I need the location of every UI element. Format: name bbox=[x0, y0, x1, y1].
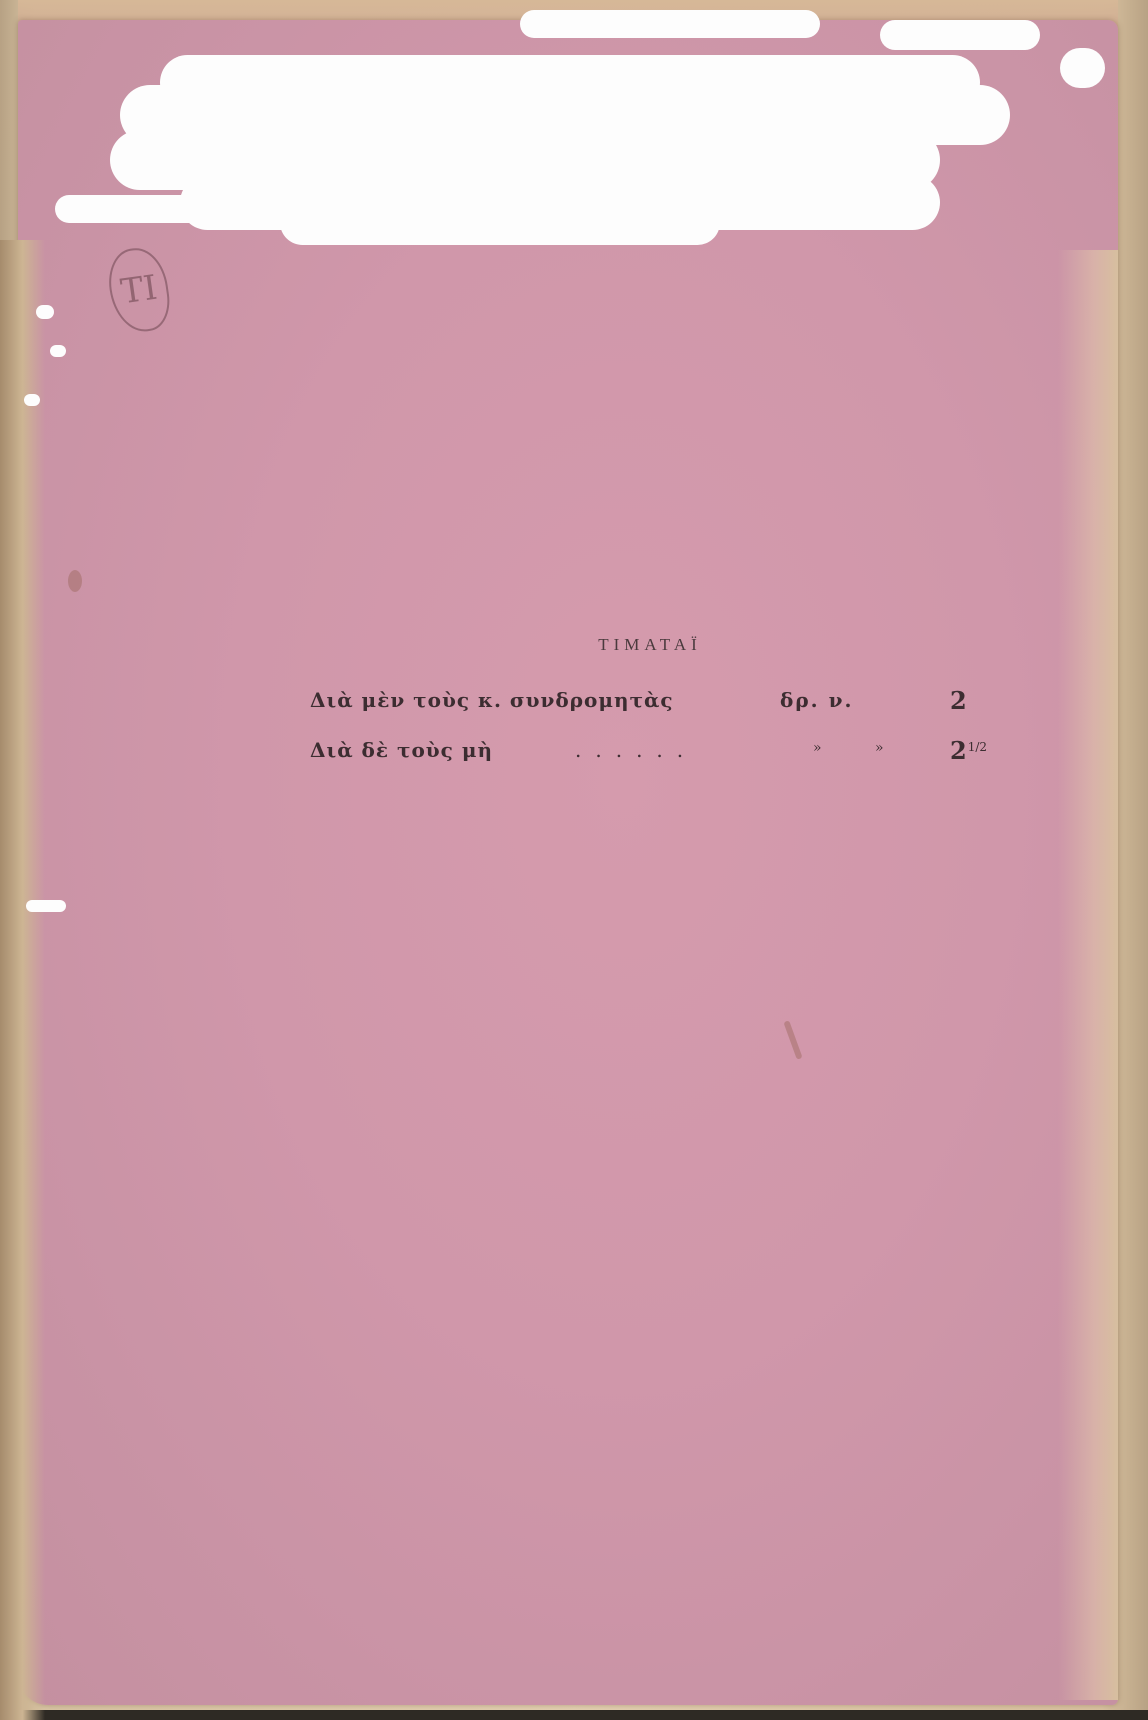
faded-right-edge bbox=[1058, 250, 1118, 1700]
row-label: Διὰ δὲ τοὺς μὴ bbox=[310, 738, 493, 762]
price-row-subscribers: Διὰ μὲν τοὺς κ. συνδρομητὰς δρ. ν. 2 bbox=[310, 688, 1010, 718]
back-cover-page bbox=[18, 20, 1118, 1705]
fraction: 1/2 bbox=[968, 740, 987, 754]
row-unit: δρ. ν. bbox=[780, 688, 853, 712]
ditto-mark: » bbox=[875, 740, 884, 756]
row-value: 21/2 bbox=[950, 736, 987, 765]
price-row-non-subscribers: Διὰ δὲ τοὺς μὴ ...... » » 21/2 bbox=[310, 738, 1010, 768]
price-heading: ΤΙΜΑΤΑΪ bbox=[570, 635, 730, 655]
row-value: 2 bbox=[950, 686, 967, 715]
ditto-mark: » bbox=[813, 740, 822, 756]
row-label: Διὰ μὲν τοὺς κ. συνδρομητὰς bbox=[310, 688, 674, 712]
stain-mark bbox=[68, 570, 82, 592]
torn-left-edge bbox=[0, 240, 45, 1720]
dot-leader: ...... bbox=[575, 738, 697, 762]
